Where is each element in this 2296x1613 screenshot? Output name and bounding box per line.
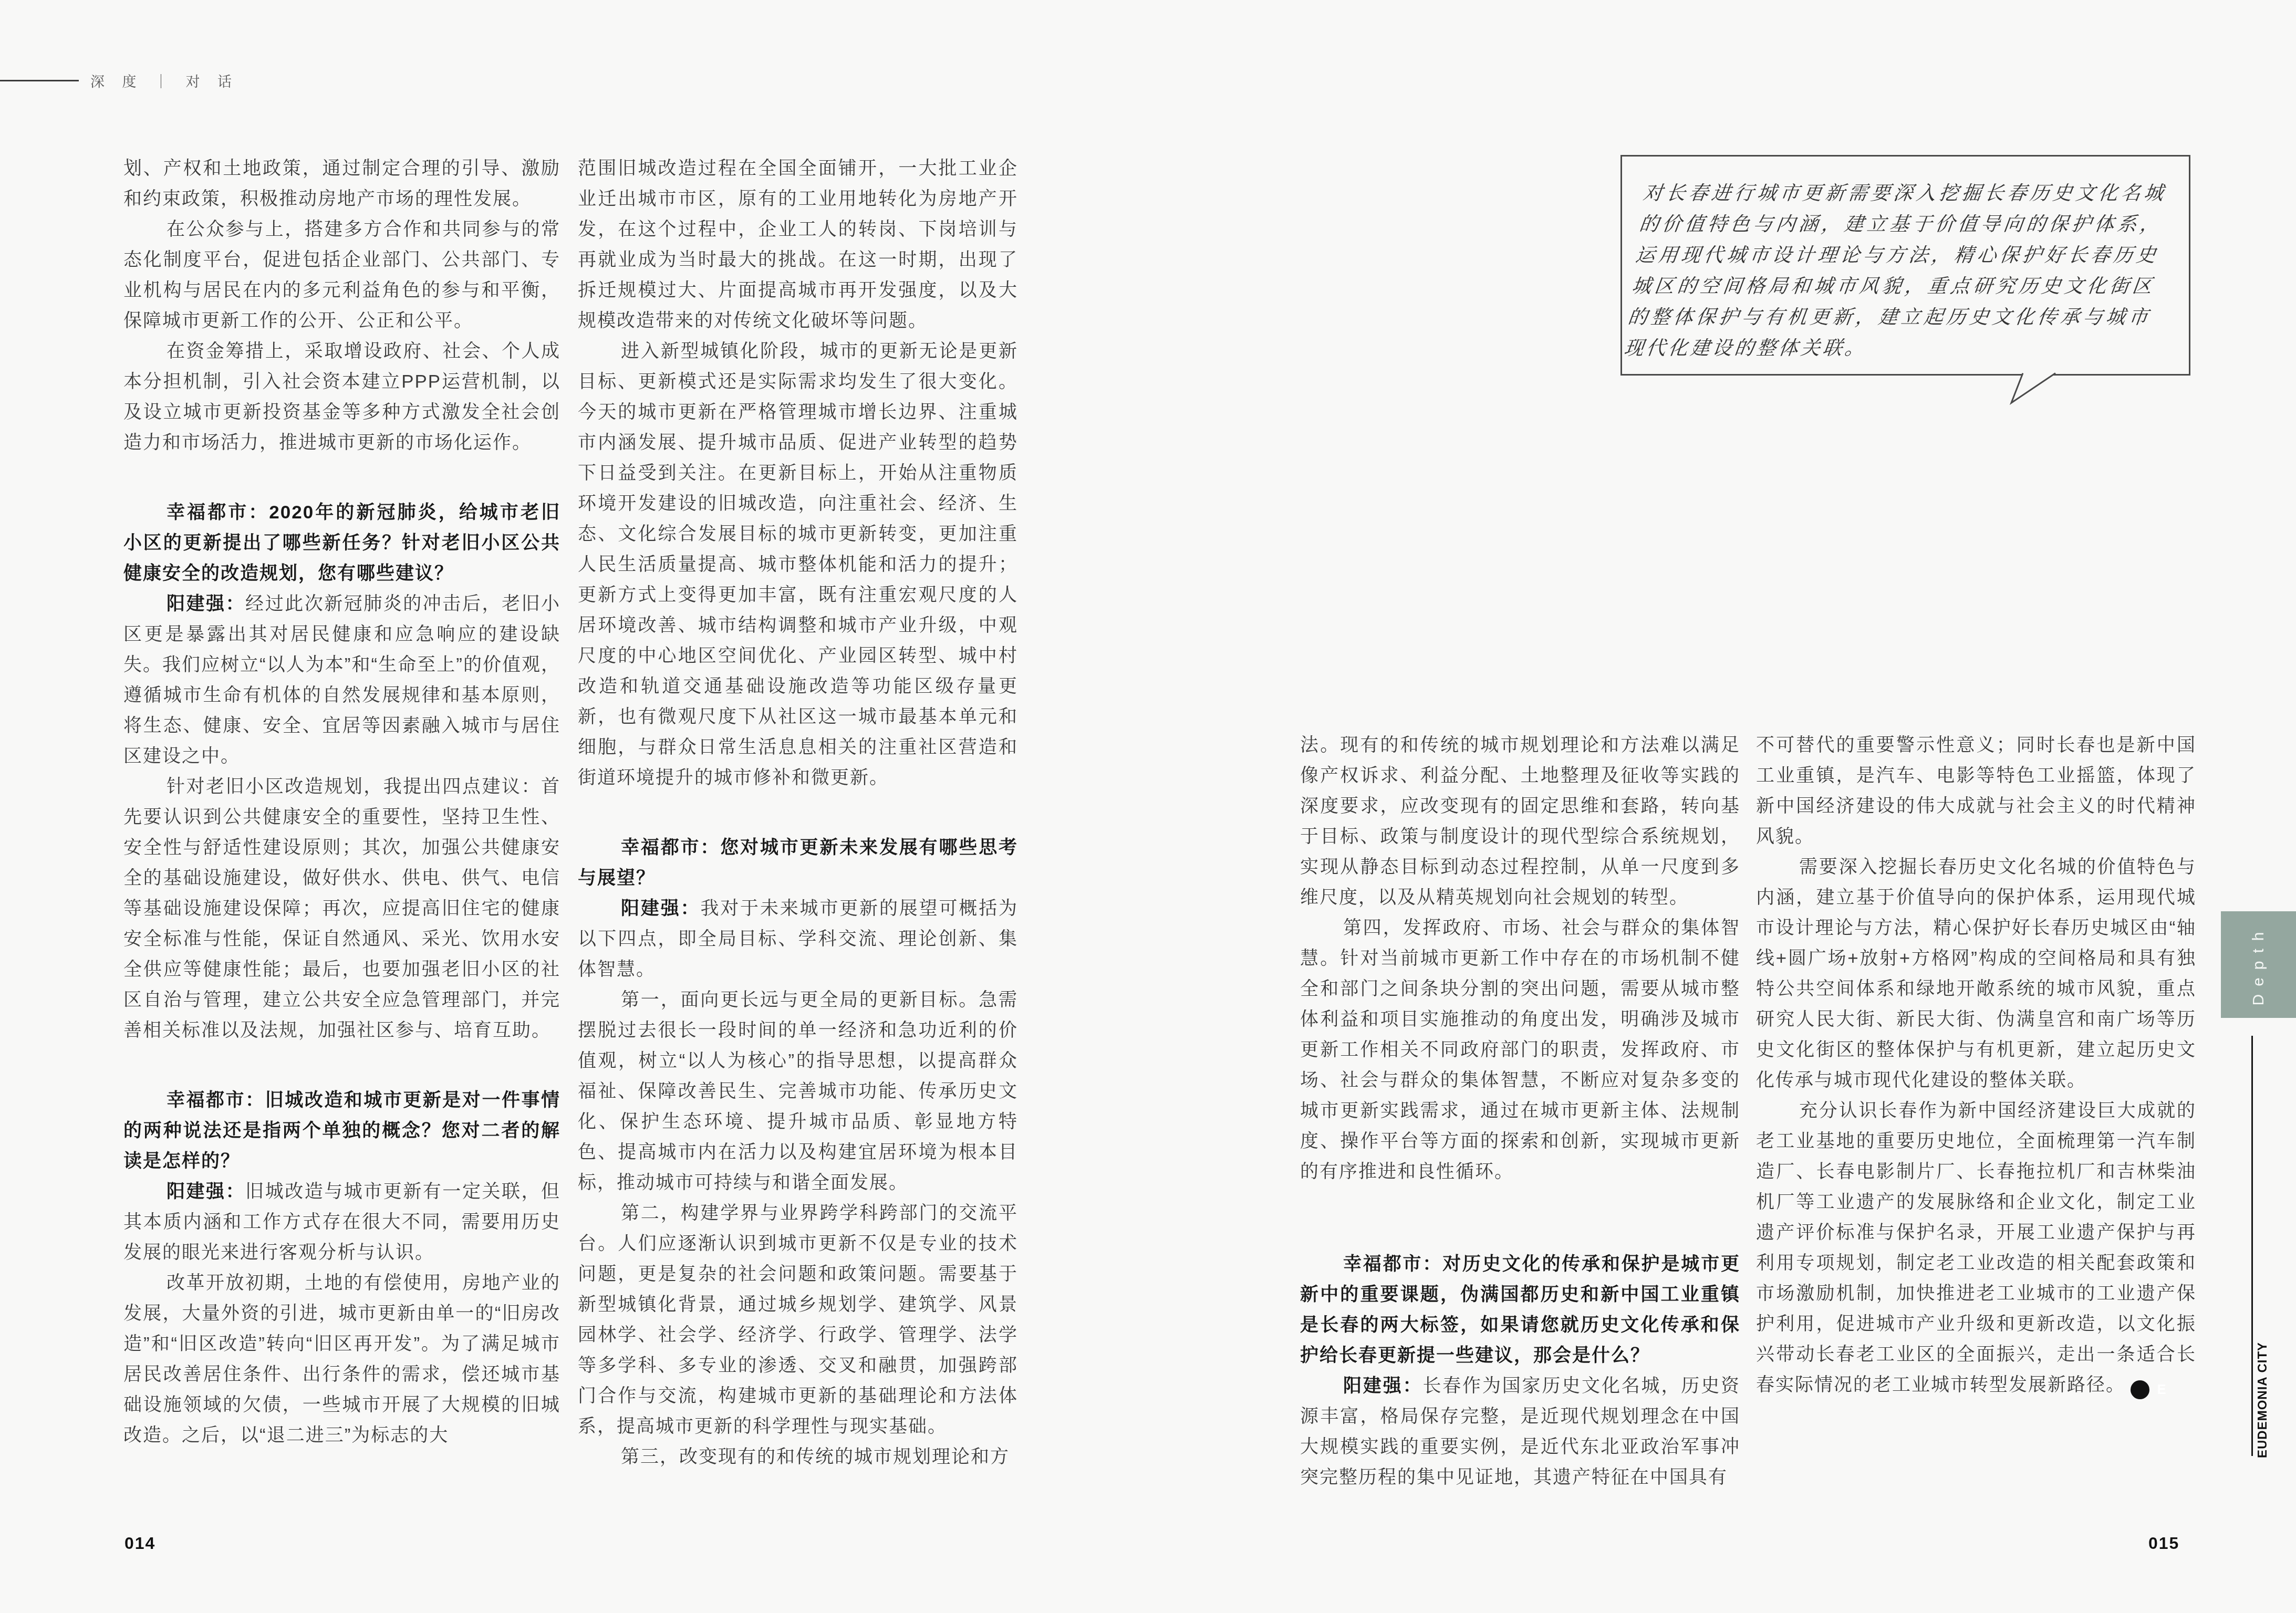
paragraph: 法。现有的和传统的城市规划理论和方法难以满足像产权诉求、利益分配、土地整理及征收… (1300, 730, 1740, 913)
speaker-name: 阳建强： (167, 1181, 245, 1202)
paragraph: 在公众参与上，搭建多方合作和共同参与的常态化制度平台，促进包括企业部门、公共部门… (123, 214, 560, 336)
answer-paragraph: 阳建强：经过此次新冠肺炎的冲击后，老旧小区更是暴露出其对居民健康和应急响应的建设… (123, 589, 560, 772)
paragraph: 第二，构建学界与业界跨学科跨部门的交流平台。人们应逐渐认识到城市更新不仅是专业的… (578, 1198, 1018, 1442)
section-header: 深 度 ｜ 对 话 (90, 70, 238, 91)
paragraph: 第一，面向更长远与更全局的更新目标。急需摆脱过去很长一段时间的单一经济和急功近利… (578, 985, 1018, 1198)
side-tab-label: Depth (2250, 924, 2268, 1005)
answer-paragraph: 阳建强：我对于未来城市更新的展望可概括为以下四点，即全局目标、学科交流、理论创新… (578, 893, 1018, 985)
speech-bubble-tail (2007, 372, 2066, 405)
speaker-name: 阳建强： (621, 898, 700, 919)
speaker-name: 幸福都市： (167, 502, 269, 523)
page-number-left: 014 (124, 1534, 155, 1553)
magazine-name-vertical: EUDEMONIA CITY (2256, 1342, 2270, 1458)
paragraph: 进入新型城镇化阶段，城市的更新无论是更新目标、更新模式还是实际需求均发生了很大变… (578, 336, 1018, 793)
speaker-name: 幸福都市： (621, 837, 720, 858)
column-1: 划、产权和土地政策，通过制定合理的引导、激励和约束政策，积极推动房地产市场的理性… (123, 153, 560, 1451)
paragraph: 划、产权和土地政策，通过制定合理的引导、激励和约束政策，积极推动房地产市场的理性… (123, 153, 560, 214)
speaker-name: 幸福都市： (167, 1090, 265, 1110)
question-paragraph: 幸福都市：旧城改造和城市更新是对一件事情的两种说法还是指两个单独的概念？您对二者… (123, 1085, 560, 1177)
paragraph: 在资金筹措上，采取增设政府、社会、个人成本分担机制，引入社会资本建立PPP运营机… (123, 336, 560, 458)
speaker-name: 阳建强： (167, 594, 245, 614)
end-mark: E (2131, 1380, 2149, 1399)
pull-quote-text: 对长春进行城市更新需要深入挖掘长春历史文化名城的价值特色与内涵，建立基于价值导向… (1623, 178, 2168, 363)
paragraph: 第三，改变现有的和传统的城市规划理论和方 (578, 1442, 1018, 1472)
column-4: 不可替代的重要警示性意义；同时长春也是新中国工业重镇，是汽车、电影等特色工业摇篮… (1756, 730, 2196, 1400)
magazine-spread: 深 度 ｜ 对 话 对长春进行城市更新需要深入挖掘长春历史文化名城的价值特色与内… (0, 0, 2296, 1613)
speaker-name: 幸福都市： (1343, 1254, 1442, 1274)
paragraph: 充分认识长春作为新中国经济建设巨大成就的老工业基地的重要历史地位，全面梳理第一汽… (1756, 1096, 2196, 1400)
section-side-tab: Depth (2221, 911, 2296, 1018)
header-divider-line (0, 80, 79, 81)
pull-quote-bubble: 对长春进行城市更新需要深入挖掘长春历史文化名城的价值特色与内涵，建立基于价值导向… (1620, 155, 2190, 376)
paragraph: 针对老旧小区改造规划，我提出四点建议：首先要认识到公共健康安全的重要性，坚持卫生… (123, 772, 560, 1046)
column-3: 法。现有的和传统的城市规划理论和方法难以满足像产权诉求、利益分配、土地整理及征收… (1300, 730, 1740, 1493)
paragraph: 第四，发挥政府、市场、社会与群众的集体智慧。针对当前城市更新工作中存在的市场机制… (1300, 913, 1740, 1187)
paragraph: 改革开放初期，土地的有偿使用，房地产业的发展，大量外资的引进，城市更新由单一的“… (123, 1268, 560, 1451)
question-paragraph: 幸福都市：对历史文化的传承和保护是城市更新中的重要课题，伪满国都历史和新中国工业… (1300, 1249, 1740, 1371)
paragraph: 不可替代的重要警示性意义；同时长春也是新中国工业重镇，是汽车、电影等特色工业摇篮… (1756, 730, 2196, 852)
question-paragraph: 幸福都市：您对城市更新未来发展有哪些思考与展望？ (578, 832, 1018, 893)
speaker-name: 阳建强： (1343, 1376, 1422, 1396)
paragraph: 范围旧城改造过程在全国全面铺开，一大批工业企业迁出城市市区，原有的工业用地转化为… (578, 153, 1018, 336)
answer-paragraph: 阳建强：长春作为国家历史文化名城，历史资源丰富，格局保存完整，是近现代规划理念在… (1300, 1371, 1740, 1493)
paragraph: 需要深入挖掘长春历史文化名城的价值特色与内涵，建立基于价值导向的保护体系，运用现… (1756, 852, 2196, 1096)
page-number-right: 015 (2148, 1534, 2179, 1553)
column-2: 范围旧城改造过程在全国全面铺开，一大批工业企业迁出城市市区，原有的工业用地转化为… (578, 153, 1018, 1472)
side-vertical-rule (2251, 1036, 2253, 1456)
question-paragraph: 幸福都市：2020年的新冠肺炎，给城市老旧小区的更新提出了哪些新任务？针对老旧小… (123, 497, 560, 589)
answer-text: 经过此次新冠肺炎的冲击后，老旧小区更是暴露出其对居民健康和应急响应的建设缺失。我… (123, 594, 560, 766)
paragraph-text: 充分认识长春作为新中国经济建设巨大成就的老工业基地的重要历史地位，全面梳理第一汽… (1756, 1100, 2196, 1395)
answer-paragraph: 阳建强：旧城改造与城市更新有一定关联，但其本质内涵和工作方式存在很大不同，需要用… (123, 1177, 560, 1268)
